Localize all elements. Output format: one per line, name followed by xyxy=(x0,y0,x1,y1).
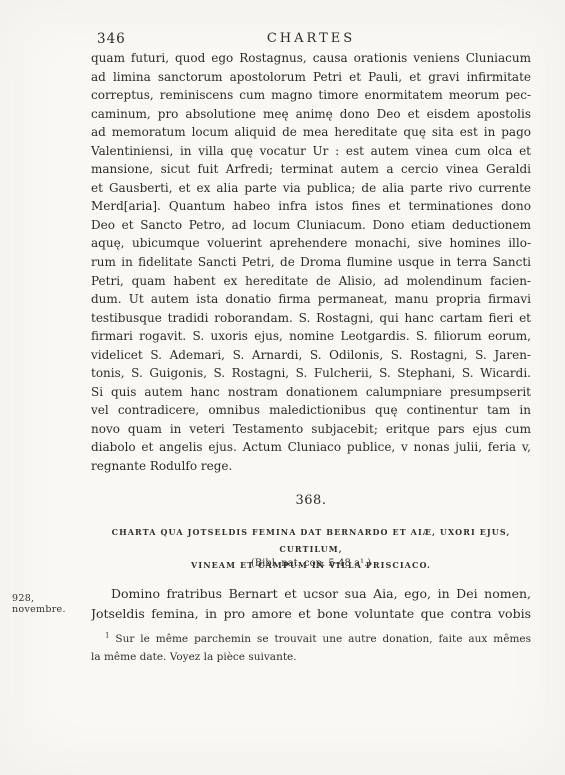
text-line: et Gausberti, et ex alia parte via publi… xyxy=(91,179,531,198)
text-line: rum in fidelitate Sancti Petri, de Droma… xyxy=(91,253,531,272)
text-line: novo quam in veteri Testamento subjacebi… xyxy=(91,420,531,439)
text-line: Jotseldis femina, in pro amore et bone v… xyxy=(91,604,531,624)
text-line: ad memoratum locum aliquid de mea heredi… xyxy=(91,123,531,142)
charter-367-text: quam futuri, quod ego Rostagnus, causa o… xyxy=(91,49,531,476)
text-line: Deo et Sancto Petro, ad locum Cluniacum.… xyxy=(91,216,531,235)
footnote-marker: 1 xyxy=(105,632,109,640)
text-line: Merd[aria]. Quantum habeo infra istos fi… xyxy=(91,197,531,216)
text-line: caminum, pro absolutione meę animę dono … xyxy=(91,105,531,124)
text-line: firmari rogavit. S. uxoris ejus, nomine … xyxy=(91,327,531,346)
footnote-line: la même date. Voyez la pièce suivante. xyxy=(91,649,531,667)
text-line: tonis, S. Guigonis, S. Rostagni, S. Fulc… xyxy=(91,364,531,383)
book-page: 346 CHARTES quam futuri, quod ego Rostag… xyxy=(0,0,565,775)
charter-368-number: 368. xyxy=(91,493,531,508)
text-line: aquę, ubicumque voluerint aprehendere mo… xyxy=(91,234,531,253)
charter-368-text: Domino fratribus Bernart et ucsor sua Ai… xyxy=(91,584,531,624)
footnote-line: 1 Sur le même parchemin se trouvait une … xyxy=(91,631,531,649)
text-line: Si quis autem hanc nostram donationem ca… xyxy=(91,383,531,402)
text-line: correptus, reminiscens cum magno timore … xyxy=(91,86,531,105)
text-line: mansione, sicut fuit Arfredi; terminat a… xyxy=(91,160,531,179)
heading-line: CHARTA QUA JOTSELDIS FEMINA DAT BERNARDO… xyxy=(81,524,541,557)
text-line: videlicet S. Ademari, S. Arnardi, S. Odi… xyxy=(91,346,531,365)
margin-date: 928, novembre. xyxy=(12,593,90,615)
footnote-text: Sur le même parchemin se trouvait une au… xyxy=(91,633,531,649)
running-title: CHARTES xyxy=(91,31,531,46)
footnote: 1 Sur le même parchemin se trouvait une … xyxy=(91,631,531,666)
text-line: dum. Ut autem ista donatio firma permane… xyxy=(91,290,531,309)
text-line: quam futuri, quod ego Rostagnus, causa o… xyxy=(91,49,531,68)
text-line: testibusque tradidi roborandam. S. Rosta… xyxy=(91,309,531,328)
text-line: regnante Rodulfo rege. xyxy=(91,457,531,476)
text-line: Valentiniensi, in villa quę vocatur Ur :… xyxy=(91,142,531,161)
text-line: vel contradicere, omnibus maledictionibu… xyxy=(91,401,531,420)
running-head: 346 CHARTES xyxy=(91,31,531,49)
text-line: Petri, quam habent ex hereditate de Alis… xyxy=(91,272,531,291)
charter-368-source: (Bibl. nat. cop. 5-48 a¹.) xyxy=(91,558,531,569)
text-line: diabolo et angelis ejus. Actum Cluniaco … xyxy=(91,438,531,457)
text-line: Domino fratribus Bernart et ucsor sua Ai… xyxy=(91,584,531,604)
text-line: ad limina sanctorum apostolorum Petri et… xyxy=(91,68,531,87)
